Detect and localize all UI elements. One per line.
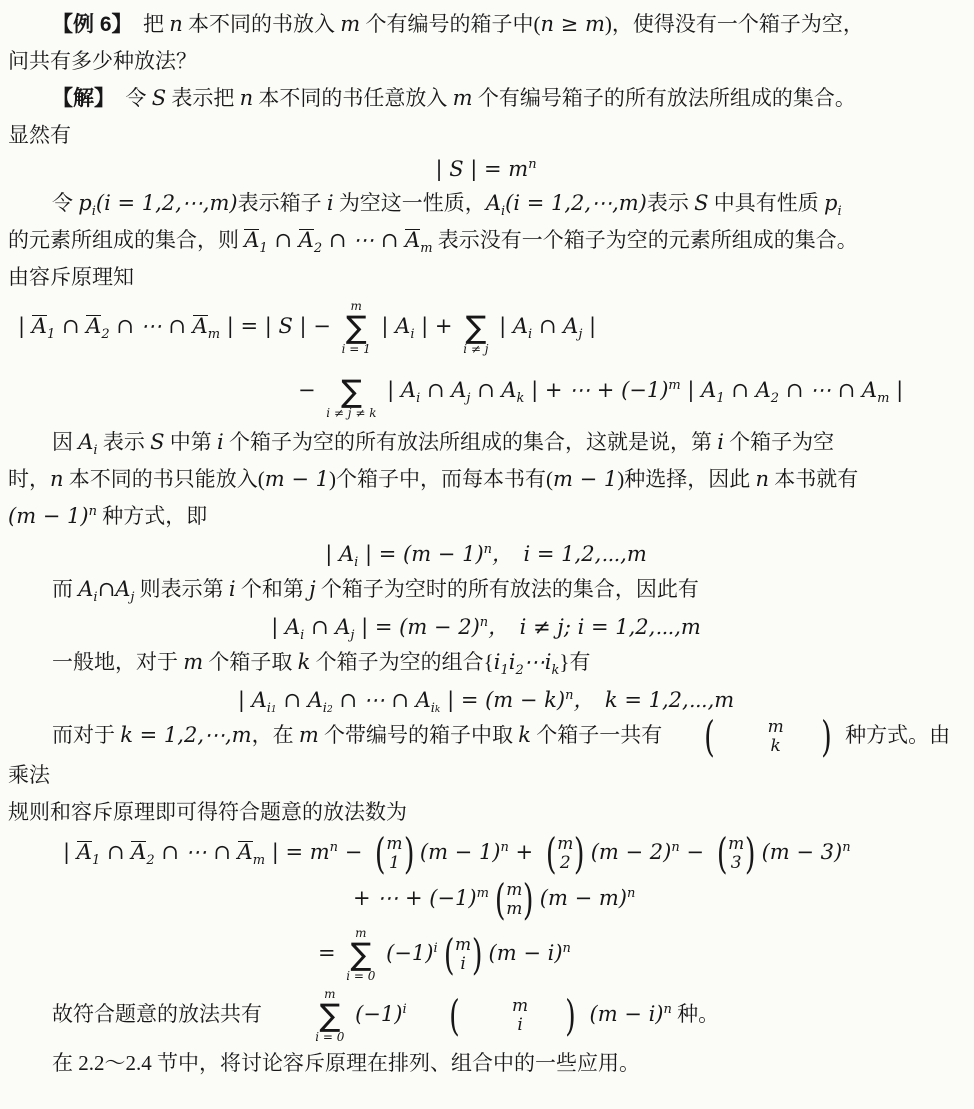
overlined-set: A — [131, 841, 146, 863]
text-run: 表示 — [647, 191, 694, 215]
eq-cardinality-S: | S | = mn — [8, 154, 964, 185]
eq-inclusion-exclusion-line-2: − ∑i ≠ j ≠ k | Ai ∩ Aj ∩ Ak | + ⋯ + (−1)… — [8, 360, 964, 424]
math-run: ∩ — [268, 228, 299, 252]
text-run: 的元素所组成的集合，则 — [8, 228, 244, 252]
text-run: 中具有性质 — [709, 191, 825, 215]
define-properties-line-2: 的元素所组成的集合，则 A1 ∩ A2 ∩ ⋯ ∩ Am 表示没有一个箱子为空的… — [8, 222, 964, 259]
math-run: | — [63, 840, 77, 864]
superscript: n — [89, 504, 97, 519]
text-run: 个箱子为空的组合{ — [310, 650, 493, 674]
problem-line-1: 【例 6】 把 n 本不同的书放入 m 个有编号的箱子中(n ≥ m)，使得没有… — [8, 6, 964, 43]
pairwise-line: 而 Ai∩Aj 则表示第 i 个和第 j 个箱子为空时的所有放法的集合，因此有 — [8, 571, 964, 608]
choose-k-line: 而对于 k = 1,2,⋯,m，在 m 个带编号的箱子中取 k 个箱子一共有(m… — [8, 717, 964, 794]
math-run: (m − i) — [590, 1002, 664, 1026]
superscript: n — [501, 840, 509, 855]
text-run: 故符合题意的放法共有 — [52, 1002, 267, 1026]
subscript: 1 — [500, 663, 508, 678]
math-run: i — [327, 191, 334, 215]
subscript: m — [208, 327, 220, 342]
text-run: )种选择，因此 — [617, 467, 755, 491]
math-run: p — [78, 191, 91, 215]
text-run: 种。 — [672, 1002, 719, 1026]
subscript: 2 — [771, 391, 779, 406]
conclusion-line: 故符合题意的放法共有 m∑i = 0 (−1)i(mi)(m − i)n 种。 — [8, 987, 964, 1045]
math-run: ∩ A — [420, 378, 466, 402]
overlined-set: A — [32, 315, 47, 337]
binomial-coefficient: (mk) — [665, 717, 842, 757]
math-run: ∩ A — [532, 314, 578, 338]
math-run: S — [694, 191, 708, 215]
superscript: n — [842, 840, 850, 855]
subscript: ik — [431, 701, 441, 716]
subscript: 1 — [47, 327, 55, 342]
problem-line-2: 问共有多少种放法？ — [8, 43, 964, 80]
math-run: m — [183, 650, 203, 674]
summation-symbol: m∑i = 1 — [342, 299, 371, 357]
text-run: )个箱子中，而每本书有( — [329, 467, 553, 491]
math-run: | + — [414, 314, 459, 338]
text-run: 个有编号的箱子中( — [360, 12, 540, 36]
math-run: (−1) — [379, 941, 433, 965]
math-run: ∩ ⋯ ∩ — [322, 228, 405, 252]
text-run: 表示 — [98, 430, 151, 454]
text-run: 个带编号的箱子中取 — [319, 723, 519, 747]
math-run: k — [298, 650, 311, 674]
text-run: }有 — [559, 650, 590, 674]
math-run: ∩ ⋯ ∩ A — [779, 378, 877, 402]
math-run: | A — [271, 615, 300, 639]
summation-symbol: ∑i ≠ j — [463, 299, 488, 357]
reasoning-line-1: 因 Ai 表示 S 中第 i 个箱子为空的所有放法所组成的集合，这就是说，第 i… — [8, 424, 964, 461]
superscript: i — [433, 941, 437, 956]
eq-final-line-3: = m∑i = 0 (−1)i(mi)(m − i)n — [8, 923, 964, 987]
math-run: (m − m) — [540, 886, 627, 910]
math-run: − — [680, 840, 711, 864]
math-run: n — [169, 12, 183, 36]
math-run: ∩A — [98, 577, 131, 601]
math-run: i — [217, 430, 224, 454]
superscript: n — [528, 157, 536, 172]
math-run: n ≥ m — [540, 12, 604, 36]
overlined-set: A — [405, 229, 420, 251]
choose-k-line-2: 规则和容斥原理即可得符合题意的放法数为 — [8, 794, 964, 831]
math-run: | = (m − k) — [440, 688, 565, 712]
subscript: m — [420, 241, 432, 256]
text-run: 个箱子为空时的所有放法的集合，因此有 — [316, 577, 699, 601]
text-run: 时， — [8, 467, 50, 491]
overlined-set: A — [244, 229, 259, 251]
text-run: 本不同的书放入 — [183, 12, 341, 36]
math-run: ∩ A — [277, 688, 323, 712]
subscript: 2 — [314, 241, 322, 256]
text-run: 而 — [52, 577, 78, 601]
superscript: m — [477, 886, 489, 901]
binomial-coefficient: (m1) — [372, 834, 417, 874]
text-run: 表示箱子 — [238, 191, 327, 215]
text-run: 在 2.2～2.4 节中，将讨论容斥原理在排列、组合中的一些应用。 — [52, 1051, 640, 1075]
math-run: ∩ ⋯ ∩ A — [333, 688, 431, 712]
text-run: 本不同的书只能放入( — [64, 467, 265, 491]
text-run: )，使得没有一个箱子为空， — [605, 12, 864, 36]
subscript: m — [877, 391, 889, 406]
math-run: p — [824, 191, 837, 215]
math-run: (i = 1,2,⋯,m) — [96, 191, 238, 215]
subscript: i — [837, 204, 841, 219]
math-run: | = | S | − — [220, 314, 338, 338]
superscript: n — [671, 840, 679, 855]
math-run: | A — [380, 378, 416, 402]
overlined-set: A — [238, 841, 253, 863]
text-run: 为空这一性质， — [334, 191, 486, 215]
math-run: m − 1 — [265, 467, 329, 491]
reasoning-line-2: 时，n 本不同的书只能放入(m − 1)个箱子中，而每本书有(m − 1)种选择… — [8, 461, 964, 498]
math-run: n — [756, 467, 770, 491]
text-run: 个和第 — [236, 577, 310, 601]
binomial-coefficient: (mi) — [410, 996, 587, 1036]
superscript: m — [668, 378, 680, 393]
math-run: (m − 3) — [762, 840, 843, 864]
math-run: | = (m − 2) — [354, 615, 479, 639]
math-run: − — [338, 840, 369, 864]
text-run: 种方式，即 — [97, 504, 207, 528]
eq-inclusion-exclusion-line-1: | A1 ∩ A2 ∩ ⋯ ∩ Am | = | S | − m∑i = 1 |… — [8, 296, 964, 360]
binomial-coefficient: (m3) — [714, 834, 759, 874]
text-run: 则表示第 — [134, 577, 229, 601]
math-run: | A — [375, 314, 411, 338]
by-inclusion-exclusion: 由容斥原理知 — [8, 259, 964, 296]
math-run: S — [150, 430, 164, 454]
math-run: n — [240, 86, 254, 110]
overlined-set: A — [193, 315, 208, 337]
bold-label: 【例 6】 — [52, 13, 122, 36]
math-run: | — [889, 378, 903, 402]
superscript: n — [627, 886, 635, 901]
math-run: ∩ A — [470, 378, 516, 402]
math-run: + — [509, 840, 540, 864]
math-run: | A — [492, 314, 528, 338]
summation-symbol: m∑i = 0 — [346, 926, 375, 984]
text-run: 显然有 — [8, 123, 71, 147]
math-run: i — [717, 430, 724, 454]
text-run: 表示把 — [166, 86, 240, 110]
text-run: 个箱子取 — [203, 650, 298, 674]
math-run: ∩ ⋯ ∩ — [110, 314, 193, 338]
eq-final-line-2: + ⋯ + (−1)m(mm)(m − m)n — [8, 877, 964, 923]
subscript: m — [253, 853, 265, 868]
text-run: 本不同的书任意放入 — [253, 86, 453, 110]
superscript: n — [330, 840, 338, 855]
math-run: = — [318, 941, 342, 965]
text-run: 一般地，对于 — [52, 650, 183, 674]
overlined-set: A — [77, 841, 92, 863]
math-run: | A — [325, 542, 354, 566]
math-run: | + ⋯ + (−1) — [524, 378, 668, 402]
reasoning-line-3: (m − 1)n 种方式，即 — [8, 498, 964, 535]
text-run: 个箱子为空的所有放法所组成的集合，这就是说，第 — [224, 430, 718, 454]
text-run: 中第 — [164, 430, 217, 454]
text-run: 个箱子一共有 — [531, 723, 662, 747]
math-run: | A — [238, 688, 267, 712]
math-run: | = m — [265, 840, 330, 864]
superscript: n — [484, 542, 492, 557]
obviously-line: 显然有 — [8, 117, 964, 154]
text-run: 因 — [52, 430, 78, 454]
math-run: k = 1,2,⋯,m — [120, 723, 251, 747]
eq-single-box-empty: | Ai | = (m − 1)n， i = 1,2,⋯,m — [8, 535, 964, 571]
binomial-coefficient: (mm) — [492, 880, 537, 920]
math-run: | A — [681, 378, 717, 402]
define-properties-line-1: 令 pi(i = 1,2,⋯,m)表示箱子 i 为空这一性质，Ai(i = 1,… — [8, 185, 964, 222]
superscript: n — [663, 1002, 671, 1017]
subscript: 2 — [146, 853, 154, 868]
eq-two-boxes-empty: | Ai ∩ Aj | = (m − 2)n， i ≠ j; i = 1,2,⋯… — [8, 608, 964, 644]
math-run: ， i = 1,2,⋯,m — [492, 542, 647, 566]
superscript: n — [480, 615, 488, 630]
math-run: ∩ A — [725, 378, 771, 402]
subscript: 1 — [92, 853, 100, 868]
subscript: 2 — [101, 327, 109, 342]
math-run: ， i ≠ j; i = 1,2,⋯,m — [488, 615, 701, 639]
next-sections-line: 在 2.2～2.4 节中，将讨论容斥原理在排列、组合中的一些应用。 — [8, 1045, 964, 1082]
text-run: 规则和容斥原理即可得符合题意的放法数为 — [8, 800, 407, 824]
overlined-set: A — [86, 315, 101, 337]
superscript: n — [563, 941, 571, 956]
text-run: 本书就有 — [769, 467, 858, 491]
math-run: n — [50, 467, 64, 491]
math-run: A — [486, 191, 501, 215]
subscript: i1 — [267, 701, 277, 716]
summation-symbol: ∑i ≠ j ≠ k — [326, 363, 376, 421]
math-run: ∩ ⋯ ∩ — [155, 840, 238, 864]
math-run: i — [229, 577, 236, 601]
math-run: m — [299, 723, 319, 747]
text-run: 表示没有一个箱子为空的元素所组成的集合。 — [433, 228, 858, 252]
text-run: 个箱子为空 — [724, 430, 834, 454]
binomial-coefficient: (mi) — [441, 935, 486, 975]
binomial-coefficient: (m2) — [543, 834, 588, 874]
math-run: + ⋯ + (−1) — [353, 886, 477, 910]
text-run: 令 — [105, 86, 152, 110]
general-case-line: 一般地，对于 m 个箱子取 k 个箱子为空的组合{i1i2⋯ik}有 — [8, 644, 964, 681]
math-run: (i = 1,2,⋯,m) — [505, 191, 647, 215]
math-run: A — [78, 577, 93, 601]
subscript: 2 — [515, 663, 523, 678]
math-run: ∩ A — [304, 615, 350, 639]
math-run: | S | = m — [435, 157, 528, 181]
math-run: (m − i) — [489, 941, 563, 965]
math-run: ， k = 1,2,⋯,m — [573, 688, 734, 712]
math-run: (−1) — [348, 1002, 402, 1026]
math-run: − — [298, 378, 322, 402]
text-run: 而对于 — [52, 723, 120, 747]
math-run: ⋯i — [524, 650, 552, 674]
math-run: m — [340, 12, 360, 36]
math-run: (m − 1) — [8, 504, 89, 528]
math-run: ∩ — [100, 840, 131, 864]
math-run: m — [453, 86, 473, 110]
math-run: k — [518, 723, 531, 747]
text-run: ，在 — [252, 723, 299, 747]
solution-intro: 【解】 令 S 表示把 n 本不同的书任意放入 m 个有编号箱子的所有放法所组成… — [8, 80, 964, 117]
subscript: 1 — [716, 391, 724, 406]
math-run: m − 1 — [553, 467, 617, 491]
math-run: (m − 2) — [591, 840, 672, 864]
math-run: S — [152, 86, 166, 110]
eq-final-line-1: | A1 ∩ A2 ∩ ⋯ ∩ Am | = mn − (m1)(m − 1)n… — [8, 831, 964, 877]
superscript: i — [402, 1002, 406, 1017]
subscript: 1 — [259, 241, 267, 256]
page-content: 【例 6】 把 n 本不同的书放入 m 个有编号的箱子中(n ≥ m)，使得没有… — [8, 6, 964, 1082]
summation-symbol: m∑i = 0 — [271, 987, 344, 1045]
math-run: | — [582, 314, 596, 338]
text-run: 把 — [122, 12, 169, 36]
text-run: 由容斥原理知 — [8, 265, 134, 289]
textbook-page: 【例 6】 把 n 本不同的书放入 m 个有编号的箱子中(n ≥ m)，使得没有… — [0, 0, 974, 1109]
text-run: 个有编号箱子的所有放法所组成的集合。 — [473, 86, 856, 110]
subscript: i2 — [323, 701, 333, 716]
math-run: | = (m − 1) — [358, 542, 483, 566]
math-run: | — [18, 314, 32, 338]
text-run: 问共有多少种放法？ — [8, 49, 197, 73]
bold-label: 【解】 — [52, 87, 105, 110]
math-run: (m − 1) — [420, 840, 501, 864]
math-run: A — [78, 430, 93, 454]
math-run: ∩ — [55, 314, 86, 338]
text-run: 令 — [52, 191, 78, 215]
overlined-set: A — [299, 229, 314, 251]
